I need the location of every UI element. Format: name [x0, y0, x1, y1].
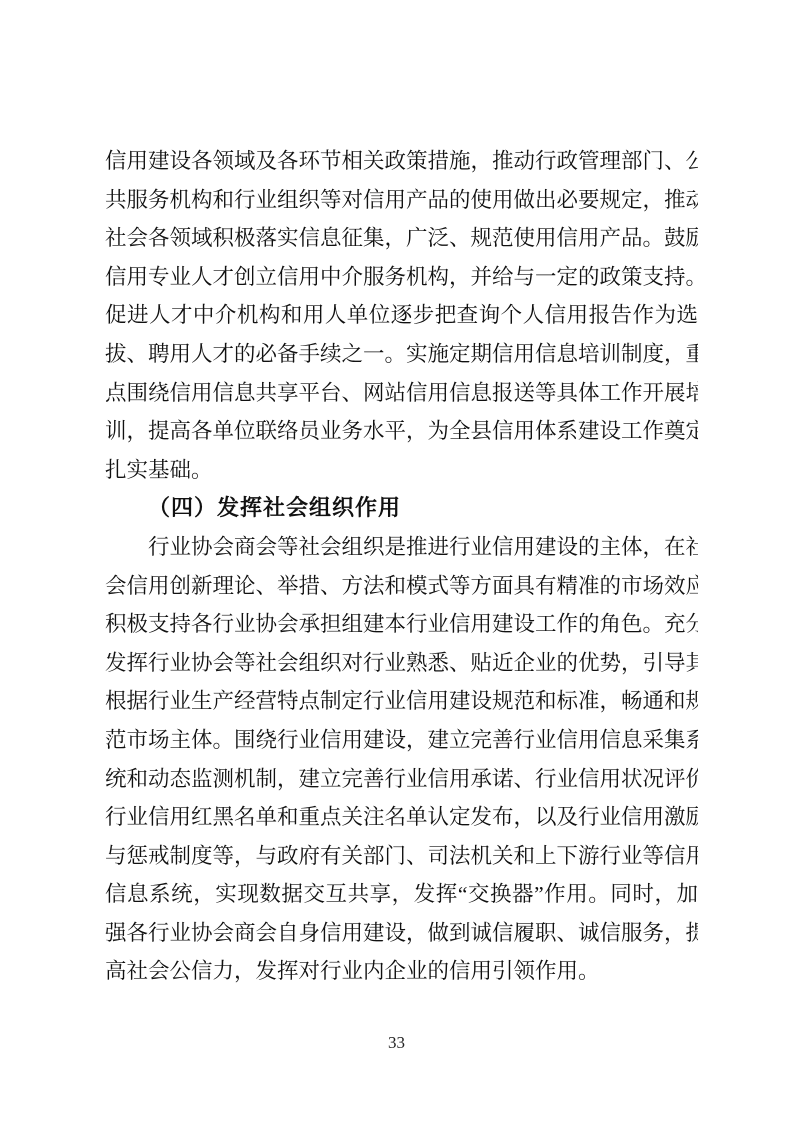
text-line: 根据行业生产经营特点制定行业信用建设规范和标准，畅通和规 [105, 682, 698, 721]
text-line: 信用建设各领域及各环节相关政策措施，推动行政管理部门、公 [105, 142, 698, 181]
text-line: 会信用创新理论、举措、方法和模式等方面具有精准的市场效应。 [105, 567, 698, 606]
text-line: 点围绕信用信息共享平台、网站信用信息报送等具体工作开展培 [105, 374, 698, 413]
text-line: 社会各领域积极落实信息征集，广泛、规范使用信用产品。鼓励 [105, 219, 698, 258]
text-line: 发挥行业协会等社会组织对行业熟悉、贴近企业的优势，引导其 [105, 644, 698, 683]
paragraph-social-organizations: 行业协会商会等社会组织是推进行业信用建设的主体，在社会信用创新理论、举措、方法和… [105, 528, 698, 991]
text-line: 拔、聘用人才的必备手续之一。实施定期信用信息培训制度，重 [105, 335, 698, 374]
text-line: 行业信用红黑名单和重点关注名单认定发布，以及行业信用激励 [105, 798, 698, 837]
text-line: 统和动态监测机制，建立完善行业信用承诺、行业信用状况评价、 [105, 760, 698, 799]
text-line: 强各行业协会商会自身信用建设，做到诚信履职、诚信服务，提 [105, 914, 698, 953]
text-line: 信用专业人才创立信用中介服务机构，并给与一定的政策支持。 [105, 258, 698, 297]
text-line: 高社会公信力，发挥对行业内企业的信用引领作用。 [105, 952, 698, 991]
text-line: 促进人才中介机构和用人单位逐步把查询个人信用报告作为选 [105, 296, 698, 335]
text-line: 与惩戒制度等，与政府有关部门、司法机关和上下游行业等信用 [105, 837, 698, 876]
text-line: 扎实基础。 [105, 451, 698, 490]
text-line: 共服务机构和行业组织等对信用产品的使用做出必要规定，推动 [105, 181, 698, 220]
section-heading: （四）发挥社会组织作用 [105, 489, 698, 528]
text-line: 训，提高各单位联络员业务水平，为全县信用体系建设工作奠定 [105, 412, 698, 451]
text-line: 行业协会商会等社会组织是推进行业信用建设的主体，在社 [105, 528, 698, 567]
text-line: 范市场主体。围绕行业信用建设，建立完善行业信用信息采集系 [105, 721, 698, 760]
document-page: 信用建设各领域及各环节相关政策措施，推动行政管理部门、公共服务机构和行业组织等对… [0, 0, 793, 1122]
text-block: 信用建设各领域及各环节相关政策措施，推动行政管理部门、公共服务机构和行业组织等对… [105, 142, 698, 991]
text-line: 信息系统，实现数据交互共享，发挥“交换器”作用。同时，加 [105, 875, 698, 914]
page-number: 33 [0, 1033, 793, 1053]
text-line: 积极支持各行业协会承担组建本行业信用建设工作的角色。充分 [105, 605, 698, 644]
paragraph-credit-policy: 信用建设各领域及各环节相关政策措施，推动行政管理部门、公共服务机构和行业组织等对… [105, 142, 698, 489]
